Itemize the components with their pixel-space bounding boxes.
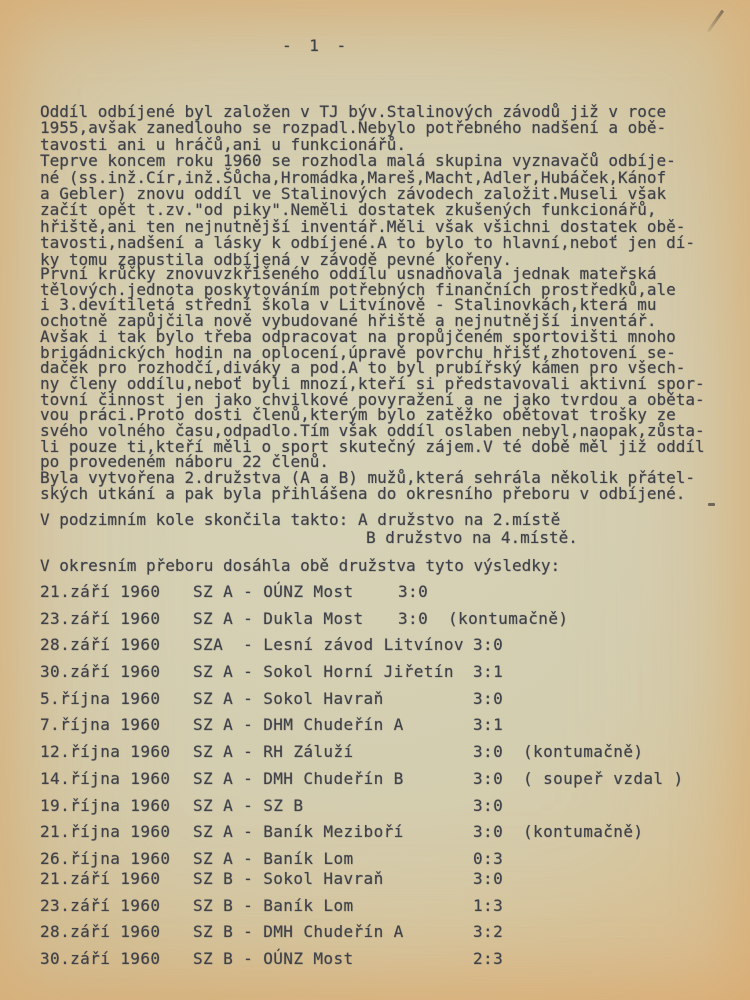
result-score: 3:0 — [473, 769, 523, 796]
result-match: SZ B - Sokol Havraň — [193, 869, 473, 896]
results-table-team-b: 21.září 1960 SZ B - Sokol Havraň 3:0 23.… — [40, 869, 523, 976]
result-match: SZ A - Dukla Most — [193, 609, 398, 636]
result-score: 3:0 — [473, 689, 523, 716]
result-date: 28.září 1960 — [40, 635, 193, 662]
result-date: 7.října 1960 — [40, 715, 193, 742]
result-row: 21.září 1960 SZ B - Sokol Havraň 3:0 — [40, 869, 523, 896]
result-note — [523, 662, 684, 689]
ink-smudge — [708, 503, 715, 506]
result-row: 19.října 1960 SZ A - SZ B 3:0 — [40, 796, 684, 823]
result-score: 3:0 — [398, 609, 448, 636]
result-match: SZ B - OÚNZ Most — [193, 949, 473, 976]
result-row: 21.října 1960 SZ A - Baník Meziboří 3:0 … — [40, 822, 684, 849]
result-date: 28.září 1960 — [40, 922, 193, 949]
result-row: 28.září 1960 SZ B - DMH Chudeřín A 3:2 — [40, 922, 523, 949]
result-row: 7.října 1960 SZ A - DHM Chudeřín A 3:1 — [40, 715, 684, 742]
results-header: V okresním přeboru dosáhla obě družstva … — [40, 556, 560, 575]
result-score: 3:0 — [398, 582, 448, 609]
result-date: 19.října 1960 — [40, 796, 193, 823]
result-match: SZ A - DHM Chudeřín A — [193, 715, 473, 742]
result-note — [523, 849, 684, 876]
result-note: (kontumačně) — [523, 822, 684, 849]
result-date: 21.září 1960 — [40, 869, 193, 896]
result-match: SZ A - SZ B — [193, 796, 473, 823]
result-date: 21.září 1960 — [40, 582, 193, 609]
result-row: 30.září 1960 SZ A - Sokol Horní Jiřetín … — [40, 662, 684, 689]
autumn-standings: V podzimním kole skončila takto: A družs… — [40, 511, 578, 547]
result-score: 3:2 — [473, 922, 523, 949]
result-date: 5.října 1960 — [40, 689, 193, 716]
page-number: - 1 - — [282, 36, 350, 55]
result-note — [448, 582, 684, 609]
result-score: 2:3 — [473, 949, 523, 976]
result-match: SZ A - DMH Chudeřín B — [193, 769, 473, 796]
results-table-team-a: 21.září 1960 SZ A - OÚNZ Most 3:0 23.zář… — [40, 582, 684, 876]
result-note — [523, 635, 684, 662]
scanned-document-page: - 1 - Oddíl odbíjené byl založen v TJ bý… — [0, 0, 750, 1000]
pen-stroke-mark — [707, 9, 724, 32]
standings-line-b: B družstvo na 4.místě. — [40, 529, 578, 547]
standings-indent — [40, 529, 366, 547]
result-score: 3:0 — [473, 796, 523, 823]
result-match: SZ A - Baník Meziboří — [193, 822, 473, 849]
standings-line-a: V podzimním kole skončila takto: A družs… — [40, 511, 578, 529]
result-score: 3:0 — [473, 869, 523, 896]
result-date: 12.října 1960 — [40, 742, 193, 769]
result-row: 5.října 1960 SZ A - Sokol Havraň 3:0 — [40, 689, 684, 716]
result-match: SZ A - OÚNZ Most — [193, 582, 398, 609]
standings-intro: V podzimním kole skončila takto: — [40, 511, 358, 529]
result-row: 21.září 1960 SZ A - OÚNZ Most 3:0 — [40, 582, 684, 609]
result-row: 28.září 1960 SZA - Lesní závod Litvínov … — [40, 635, 684, 662]
result-note — [523, 796, 684, 823]
result-note — [523, 689, 684, 716]
paragraph-block-rebuilding: První krůčky znovuvzkříšeného oddílu usn… — [40, 266, 705, 502]
result-match: SZ A - Sokol Horní Jiřetín — [193, 662, 473, 689]
result-note — [523, 715, 684, 742]
result-row: 23.září 1960 SZ B - Baník Lom 1:3 — [40, 896, 523, 923]
result-score: 3:0 — [473, 822, 523, 849]
result-date: 30.září 1960 — [40, 662, 193, 689]
result-row: 30.září 1960 SZ B - OÚNZ Most 2:3 — [40, 949, 523, 976]
result-row: 23.září 1960 SZ A - Dukla Most 3:0 (kont… — [40, 609, 684, 636]
result-match: SZ A - RH Záluží — [193, 742, 473, 769]
result-score: 1:3 — [473, 896, 523, 923]
result-match: SZA - Lesní závod Litvínov — [193, 635, 473, 662]
result-row: 12.října 1960 SZ A - RH Záluží 3:0 (kont… — [40, 742, 684, 769]
result-date: 30.září 1960 — [40, 949, 193, 976]
result-date: 23.září 1960 — [40, 896, 193, 923]
result-note: ( soupeř vzdal ) — [523, 769, 684, 796]
result-match: SZ B - Baník Lom — [193, 896, 473, 923]
result-date: 14.října 1960 — [40, 769, 193, 796]
standings-team-b: B družstvo na 4.místě. — [366, 529, 578, 547]
standings-team-a: A družstvo na 2.místě — [358, 511, 560, 529]
paragraph-block-founding: Oddíl odbíjené byl založen v TJ býv.Stal… — [40, 104, 695, 268]
result-score: 3:1 — [473, 662, 523, 689]
result-match: SZ B - DMH Chudeřín A — [193, 922, 473, 949]
result-score: 3:1 — [473, 715, 523, 742]
typewritten-line: ských utkání a pak byla přihlášena do ok… — [40, 486, 705, 502]
result-date: 23.září 1960 — [40, 609, 193, 636]
result-match: SZ A - Sokol Havraň — [193, 689, 473, 716]
result-row: 14.října 1960 SZ A - DMH Chudeřín B 3:0 … — [40, 769, 684, 796]
result-score: 3:0 — [473, 635, 523, 662]
result-date: 21.října 1960 — [40, 822, 193, 849]
result-note: (kontumačně) — [448, 609, 684, 636]
result-score: 3:0 — [473, 742, 523, 769]
result-note: (kontumačně) — [523, 742, 684, 769]
